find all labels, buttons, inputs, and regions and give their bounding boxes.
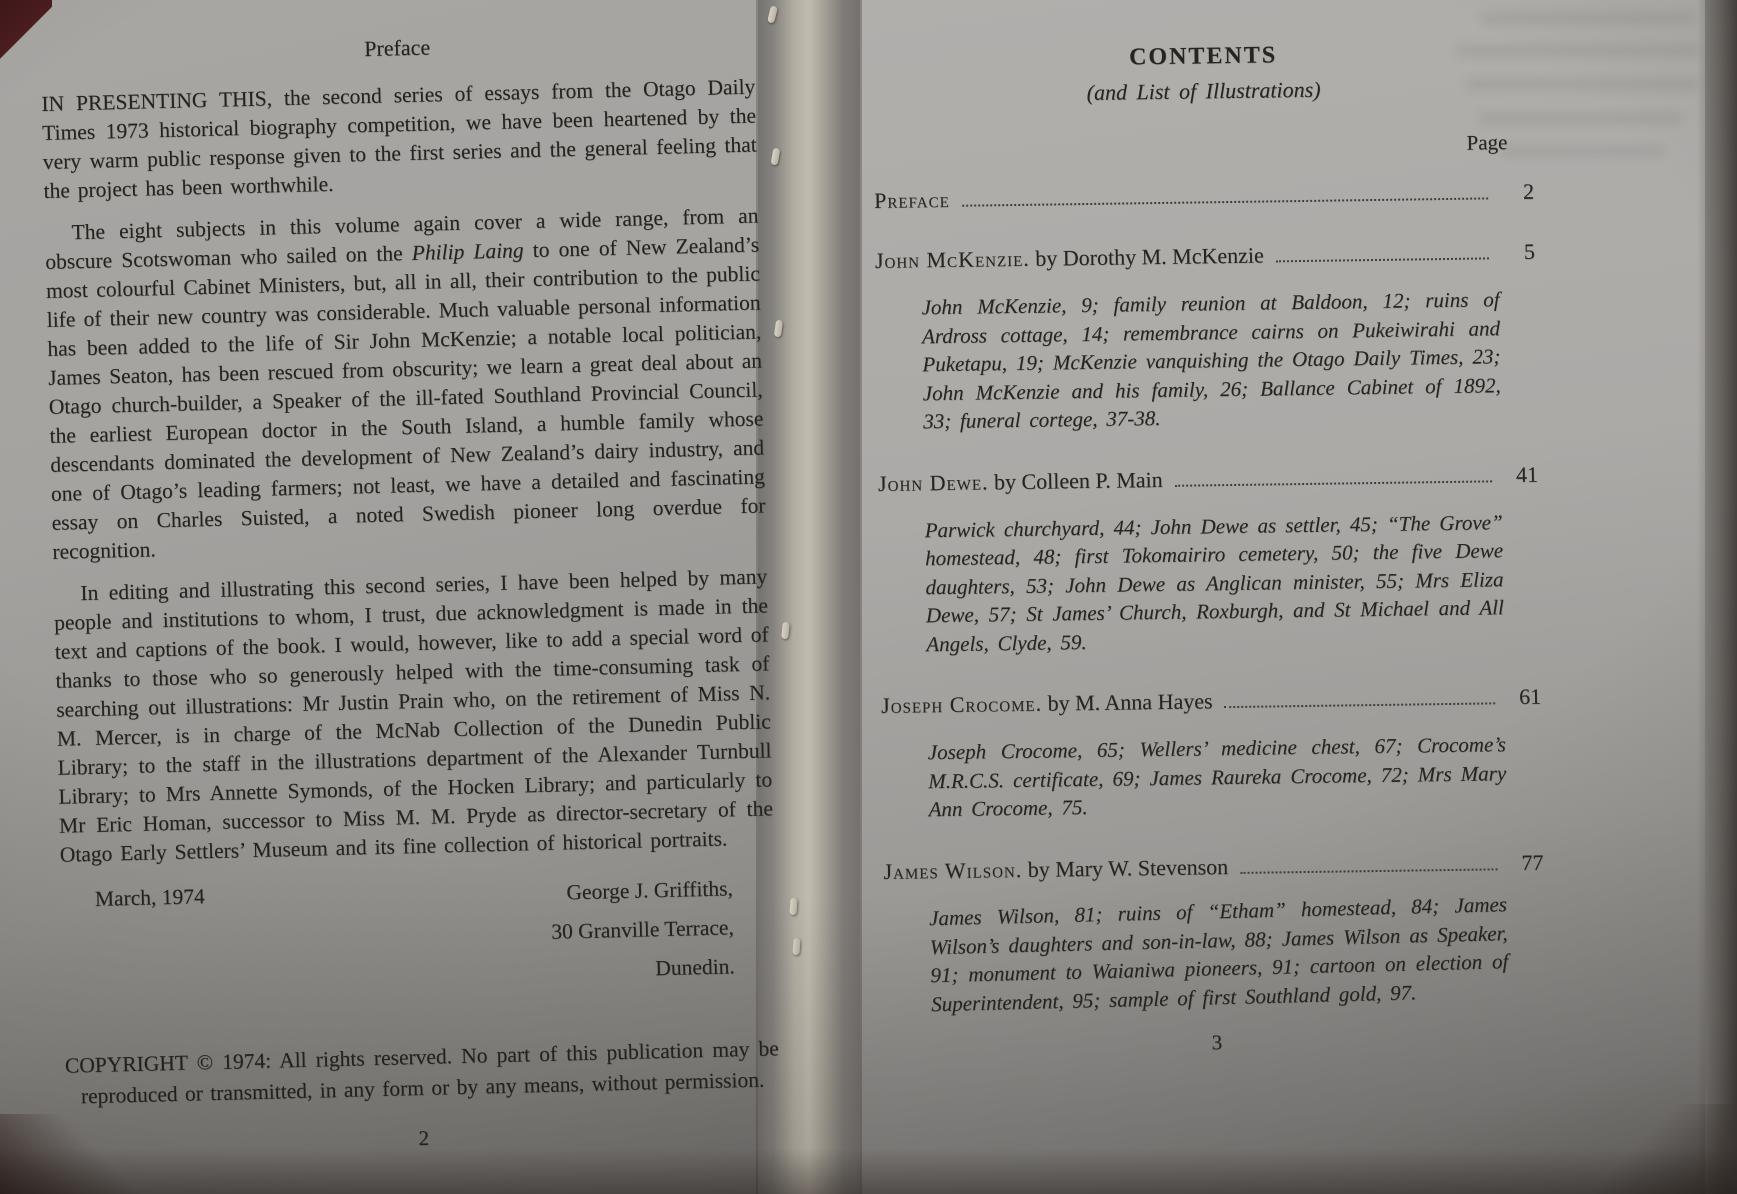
- toc-entry-preface: Preface 2: [874, 179, 1536, 214]
- signature-row: March, 1974 George J. Griffiths, 30 Gran…: [61, 868, 778, 1002]
- toc-entry-wilson: James Wilson. by Mary W. Stevenson 77: [883, 849, 1545, 884]
- binding-stitch: [789, 898, 797, 915]
- toc-entry-page: 2: [1498, 179, 1536, 206]
- toc-entry-heading: Joseph Crocome.: [881, 691, 1042, 719]
- toc-entry-page: 5: [1499, 239, 1537, 266]
- toc-entry-page: 61: [1505, 684, 1543, 711]
- preface-paragraph: In editing and illustrating this second …: [53, 562, 774, 869]
- ship-name-italic: Philip Laing: [411, 238, 523, 265]
- cover-edge-right: [1697, 0, 1737, 1194]
- toc-entry-mckenzie: John McKenzie. by Dorothy M. McKenzie 5: [875, 239, 1537, 274]
- toc-entry-heading: Preface: [874, 187, 950, 214]
- toc-entry-page: 41: [1502, 461, 1540, 488]
- toc-entry-byline: by Mary W. Stevenson: [1028, 854, 1229, 883]
- shadow-bottom-edge: [0, 1148, 1737, 1194]
- signature-line: 30 Granville Terrace,: [551, 908, 734, 951]
- date-line: March, 1974: [61, 882, 208, 1002]
- book-photo: Preface IN PRESENTING THIS, the second s…: [0, 0, 1737, 1194]
- cover-edge-top-left: [0, 0, 52, 60]
- author-signature: George J. Griffiths, 30 Granville Terrac…: [550, 868, 777, 990]
- toc-entry-byline: by Colleen P. Main: [994, 466, 1163, 494]
- toc-illustrations-list: John McKenzie, 9; family reunion at Bald…: [921, 285, 1501, 436]
- toc-entry-byline: by Dorothy M. McKenzie: [1035, 243, 1264, 272]
- paragraph-text: to one of New Zealand’s most colourful C…: [46, 232, 766, 563]
- toc-entry-byline: by M. Anna Hayes: [1047, 688, 1212, 716]
- preface-paragraph: IN PRESENTING THIS, the second series of…: [41, 73, 758, 206]
- dotted-leader: [1175, 480, 1492, 486]
- toc-entry-page: 77: [1507, 849, 1545, 876]
- toc-entry-heading: John McKenzie.: [875, 246, 1030, 274]
- dotted-leader: [962, 197, 1488, 206]
- bleed-through-ghosting: [1480, 12, 1695, 25]
- page-column-label: Page: [873, 130, 1535, 164]
- toc-entry-heading: John Dewe.: [878, 469, 989, 497]
- preface-text-block: Preface IN PRESENTING THIS, the second s…: [40, 27, 781, 1160]
- toc-entry-heading: James Wilson.: [883, 856, 1022, 884]
- dotted-leader: [1240, 868, 1497, 874]
- dotted-leader: [1225, 702, 1496, 708]
- toc-illustrations-list: Joseph Crocome, 65; Wellers’ medicine ch…: [928, 730, 1507, 824]
- toc-entry-dewe: John Dewe. by Colleen P. Main 41: [878, 461, 1540, 496]
- preface-paragraph: The eight subjects in this volume again …: [44, 202, 766, 567]
- binding-stitch: [792, 938, 800, 955]
- toc-entry-crocome: Joseph Crocome. by M. Anna Hayes 61: [881, 684, 1543, 719]
- toc-illustrations-list: James Wilson, 81; ruins of “Etham” homes…: [929, 890, 1510, 1018]
- contents-text-block: CONTENTS (and List of Illustrations) Pag…: [872, 39, 1548, 1060]
- toc-illustrations-list: Parwick churchyard, 44; John Dewe as set…: [925, 508, 1505, 659]
- signature-line: George J. Griffiths,: [550, 869, 733, 912]
- signature-line: Dunedin.: [552, 947, 735, 990]
- contents-subtitle: (and List of Illustrations): [872, 74, 1534, 109]
- dotted-leader: [1276, 257, 1489, 262]
- copyright-notice: COPYRIGHT © 1974: All rights reserved. N…: [65, 1033, 780, 1112]
